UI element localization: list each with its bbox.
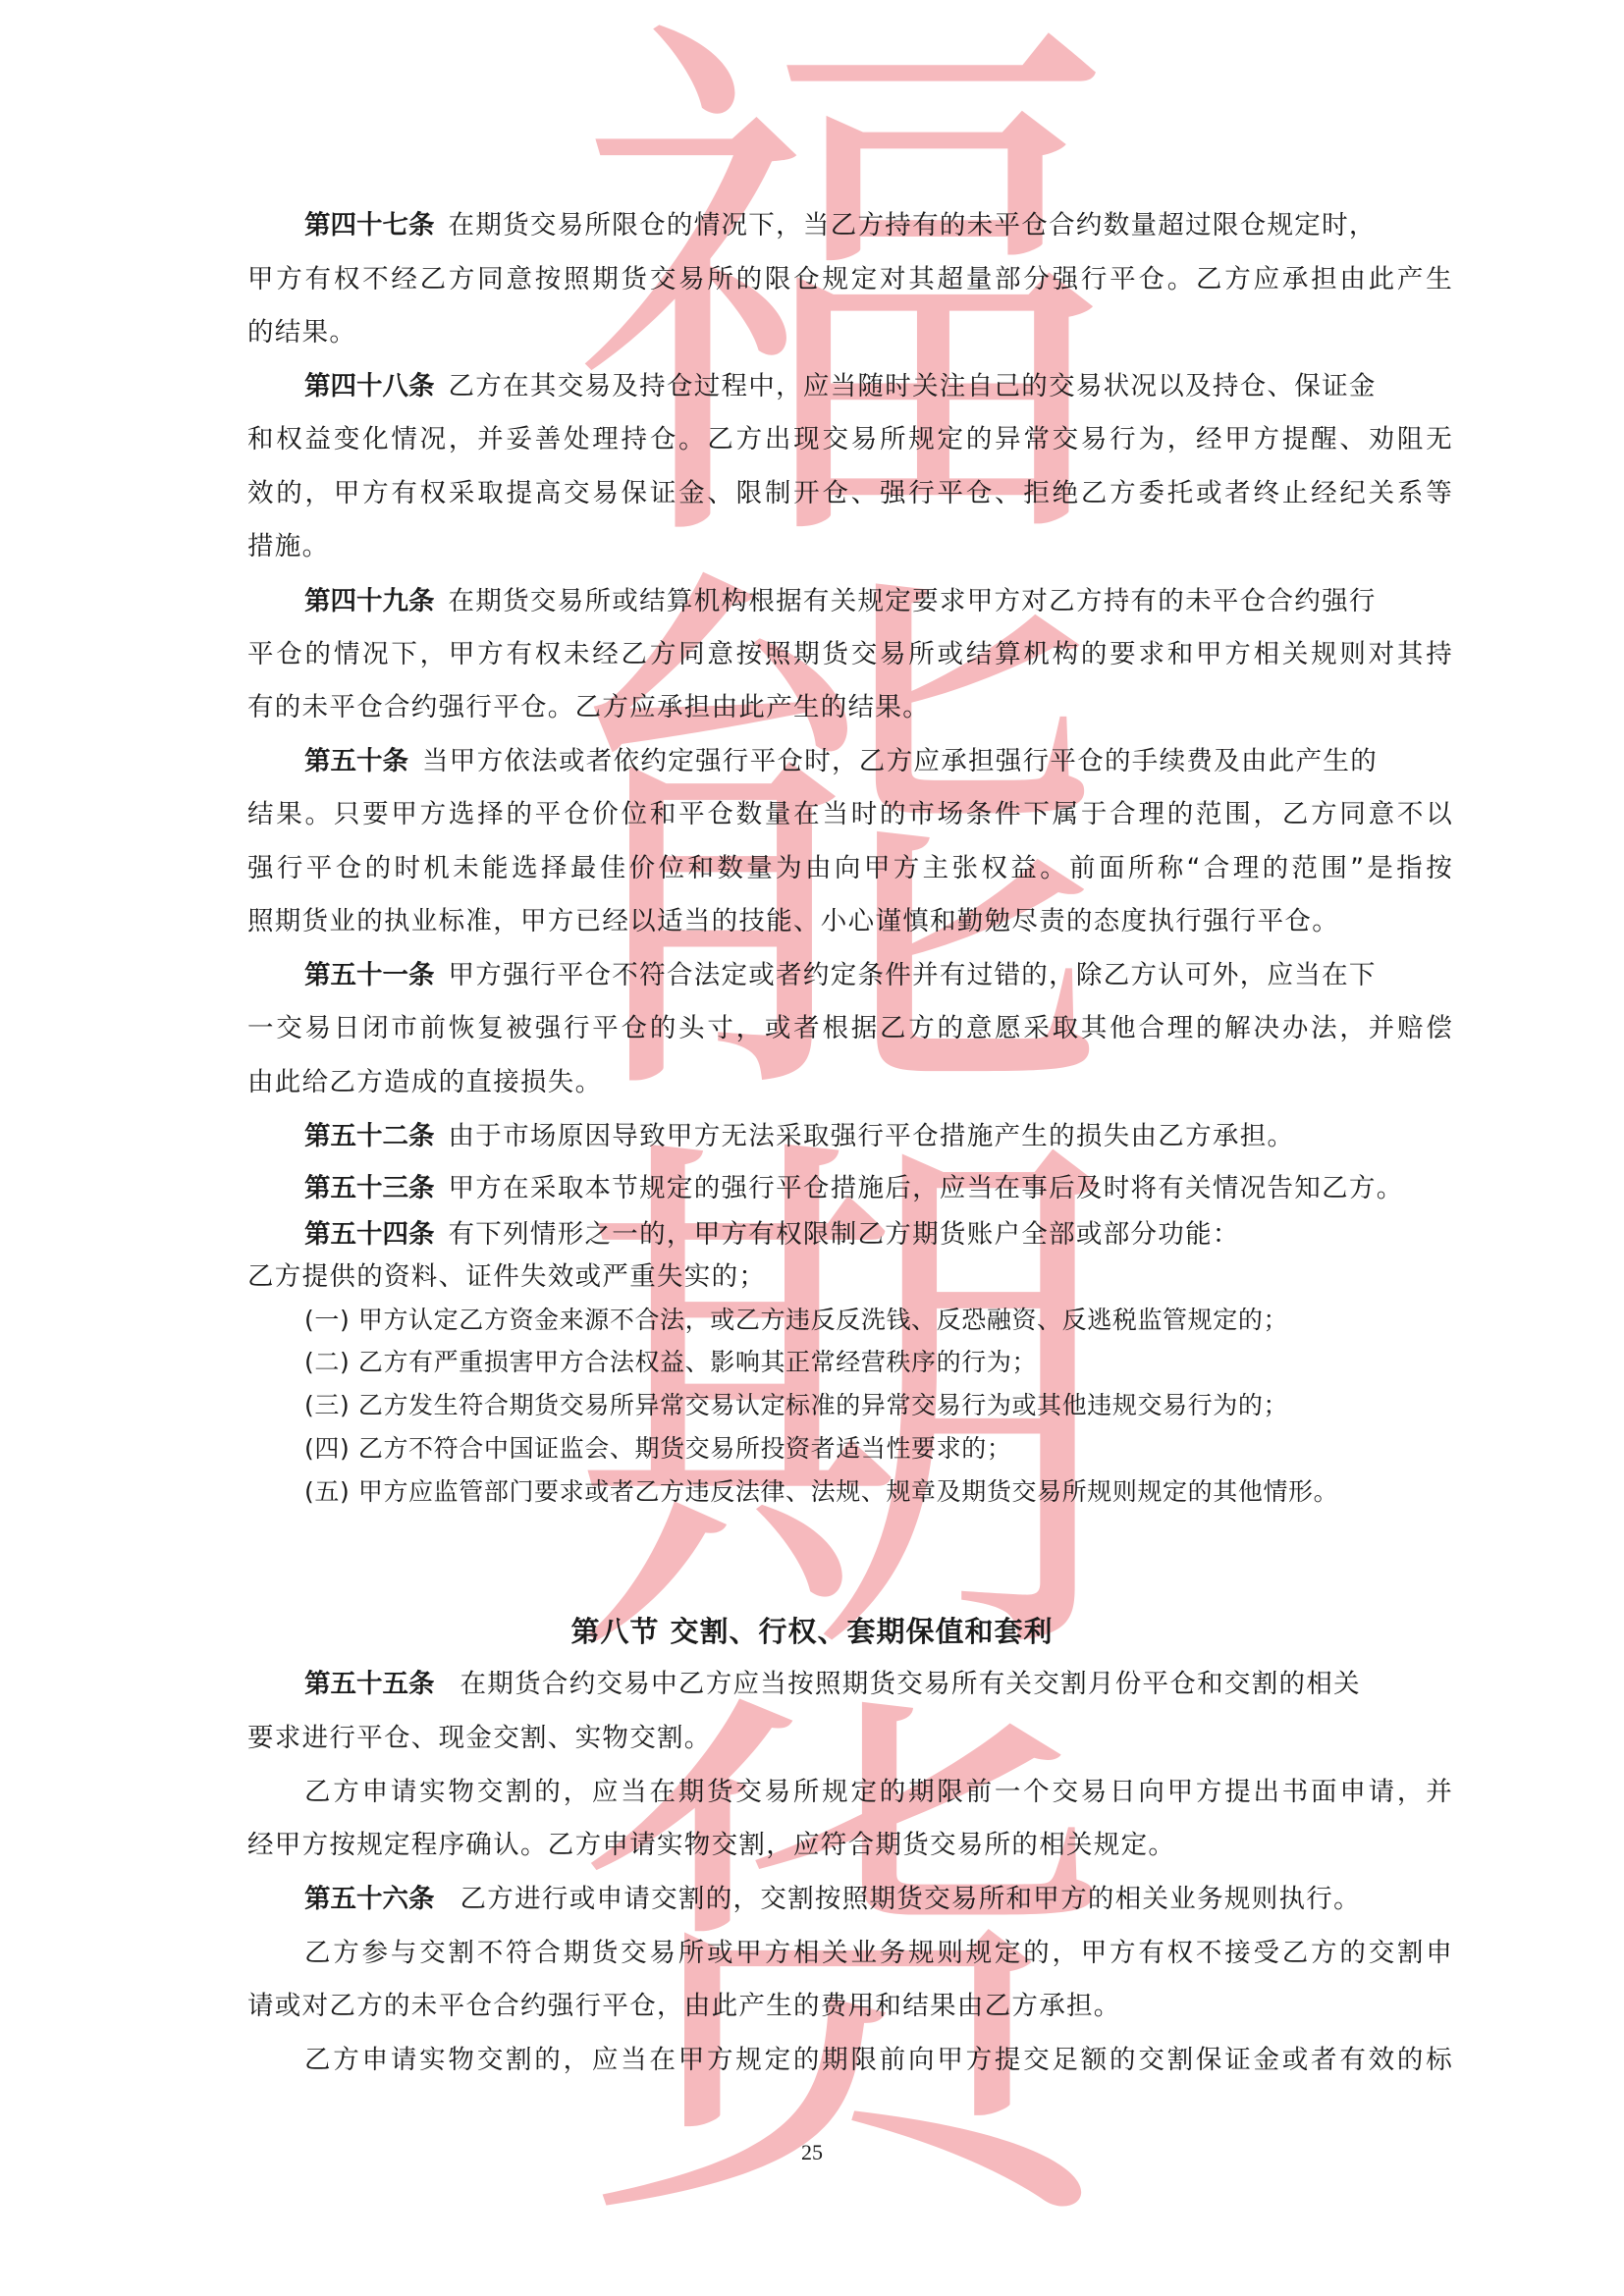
article-51-line: 由此给乙方造成的直接损失。 [247, 1066, 1453, 1099]
article-label: 第五十条 [304, 746, 408, 776]
article-text: 在期货交易所或结算机构根据有关规定要求甲方对乙方持有的未平仓合约强行 [449, 586, 1377, 616]
article-56-paragraph: 乙方参与交割不符合期货交易所或甲方相关业务规则规定的，甲方有权不接受乙方的交割申 [304, 1937, 1453, 1970]
list-item: (四) 乙方不符合中国证监会、期货交易所投资者适当性要求的； [304, 1432, 1510, 1466]
document-page: 福 能 期 货 第四十七条在期货交易所限仓的情况下，当乙方持有的未平仓合约数量超… [0, 0, 1624, 2296]
article-label: 第四十七条 [304, 210, 435, 240]
article-47-line: 甲方有权不经乙方同意按照期货交易所的限仓规定对其超量部分强行平仓。乙方应承担由此… [247, 263, 1453, 296]
article-53-line: 第五十三条甲方在采取本节规定的强行平仓措施后，应当在事后及时将有关情况告知乙方。 [304, 1172, 1453, 1205]
article-label: 第五十二条 [304, 1121, 435, 1151]
article-50-line: 强行平仓的时机未能选择最佳价位和数量为由向甲方主张权益。前面所称“合理的范围”是… [247, 852, 1453, 885]
list-item: (五) 甲方应监管部门要求或者乙方违反法律、法规、规章及期货交易所规则规定的其他… [304, 1475, 1510, 1509]
article-49-line: 平仓的情况下，甲方有权未经乙方同意按照期货交易所或结算机构的要求和甲方相关规则对… [247, 638, 1453, 671]
article-55-paragraph: 乙方申请实物交割的，应当在期货交易所规定的期限前一个交易日向甲方提出书面申请，并 [304, 1776, 1453, 1809]
article-51-line: 一交易日闭市前恢复被强行平仓的头寸，或者根据乙方的意愿采取其他合理的解决办法，并… [247, 1012, 1453, 1045]
article-48-line: 第四十八条乙方在其交易及持仓过程中，应当随时关注自己的交易状况以及持仓、保证金 [304, 370, 1453, 403]
article-47-line: 的结果。 [247, 316, 1453, 349]
list-item: (三) 乙方发生符合期货交易所异常交易认定标准的异常交易行为或其他违规交易行为的… [304, 1389, 1510, 1422]
article-54-line: 第五十四条有下列情形之一的，甲方有权限制乙方期货账户全部或部分功能： [304, 1218, 1453, 1252]
article-52-line: 第五十二条由于市场原因导致甲方无法采取强行平仓措施产生的损失由乙方承担。 [304, 1120, 1453, 1153]
article-label: 第五十三条 [304, 1173, 435, 1203]
article-48-line: 和权益变化情况，并妥善处理持仓。乙方出现交易所规定的异常交易行为，经甲方提醒、劝… [247, 423, 1453, 456]
article-48-line: 效的，甲方有权采取提高交易保证金、限制开仓、强行平仓、拒绝乙方委托或者终止经纪关… [247, 477, 1453, 510]
article-text: 乙方在其交易及持仓过程中，应当随时关注自己的交易状况以及持仓、保证金 [449, 371, 1377, 401]
article-49-line: 第四十九条在期货交易所或结算机构根据有关规定要求甲方对乙方持有的未平仓合约强行 [304, 585, 1453, 618]
article-55-paragraph: 经甲方按规定程序确认。乙方申请实物交割，应符合期货交易所的相关规定。 [247, 1829, 1453, 1862]
article-label: 第五十六条 [304, 1884, 435, 1914]
list-item: (二) 乙方有严重损害甲方合法权益、影响其正常经营秩序的行为； [304, 1346, 1510, 1379]
article-text: 当甲方依法或者依约定强行平仓时，乙方应承担强行平仓的手续费及由此产生的 [422, 746, 1378, 776]
article-50-line: 照期货业的执业标准，甲方已经以适当的技能、小心谨慎和勤勉尽责的态度执行强行平仓。 [247, 905, 1453, 938]
article-text: 在期货交易所限仓的情况下，当乙方持有的未平仓合约数量超过限仓规定时， [449, 210, 1377, 240]
article-50-line: 第五十条当甲方依法或者依约定强行平仓时，乙方应承担强行平仓的手续费及由此产生的 [304, 745, 1453, 778]
article-label: 第五十四条 [304, 1219, 435, 1250]
article-label: 第五十一条 [304, 960, 435, 990]
section-heading: 第八节 交割、行权、套期保值和套利 [0, 1610, 1624, 1650]
article-50-line: 结果。只要甲方选择的平仓价位和平仓数量在当时的市场条件下属于合理的范围，乙方同意… [247, 798, 1453, 831]
article-text: 在期货合约交易中乙方应当按照期货交易所有关交割月份平仓和交割的相关 [460, 1669, 1361, 1699]
article-text: 乙方进行或申请交割的，交割按照期货交易所和甲方的相关业务规则执行。 [460, 1884, 1361, 1914]
article-48-line: 措施。 [247, 530, 1453, 563]
article-56-line: 第五十六条乙方进行或申请交割的，交割按照期货交易所和甲方的相关业务规则执行。 [304, 1883, 1453, 1916]
article-label: 第五十五条 [304, 1669, 435, 1699]
article-56-paragraph: 请或对乙方的未平仓合约强行平仓，由此产生的费用和结果由乙方承担。 [247, 1990, 1453, 2023]
article-54-line: 乙方提供的资料、证件失效或严重失实的； [247, 1260, 1453, 1294]
article-text: 甲方强行平仓不符合法定或者约定条件并有过错的，除乙方认可外，应当在下 [449, 960, 1377, 990]
article-49-line: 有的未平仓合约强行平仓。乙方应承担由此产生的结果。 [247, 691, 1453, 724]
article-56-paragraph: 乙方申请实物交割的，应当在甲方规定的期限前向甲方提交足额的交割保证金或者有效的标 [304, 2044, 1453, 2077]
page-number: 25 [0, 2140, 1624, 2165]
article-text: 甲方在采取本节规定的强行平仓措施后，应当在事后及时将有关情况告知乙方。 [449, 1173, 1404, 1203]
article-47-line: 第四十七条在期货交易所限仓的情况下，当乙方持有的未平仓合约数量超过限仓规定时， [304, 209, 1453, 242]
list-item: (一) 甲方认定乙方资金来源不合法，或乙方违反反洗钱、反恐融资、反逃税监管规定的… [304, 1304, 1510, 1337]
article-51-line: 第五十一条甲方强行平仓不符合法定或者约定条件并有过错的，除乙方认可外，应当在下 [304, 959, 1453, 992]
article-55-line: 第五十五条在期货合约交易中乙方应当按照期货交易所有关交割月份平仓和交割的相关 [304, 1668, 1453, 1701]
article-text: 有下列情形之一的，甲方有权限制乙方期货账户全部或部分功能： [449, 1219, 1240, 1250]
article-label: 第四十八条 [304, 371, 435, 401]
article-55-line: 要求进行平仓、现金交割、实物交割。 [247, 1722, 1453, 1755]
article-text: 由于市场原因导致甲方无法采取强行平仓措施产生的损失由乙方承担。 [449, 1121, 1295, 1151]
article-label: 第四十九条 [304, 586, 435, 616]
